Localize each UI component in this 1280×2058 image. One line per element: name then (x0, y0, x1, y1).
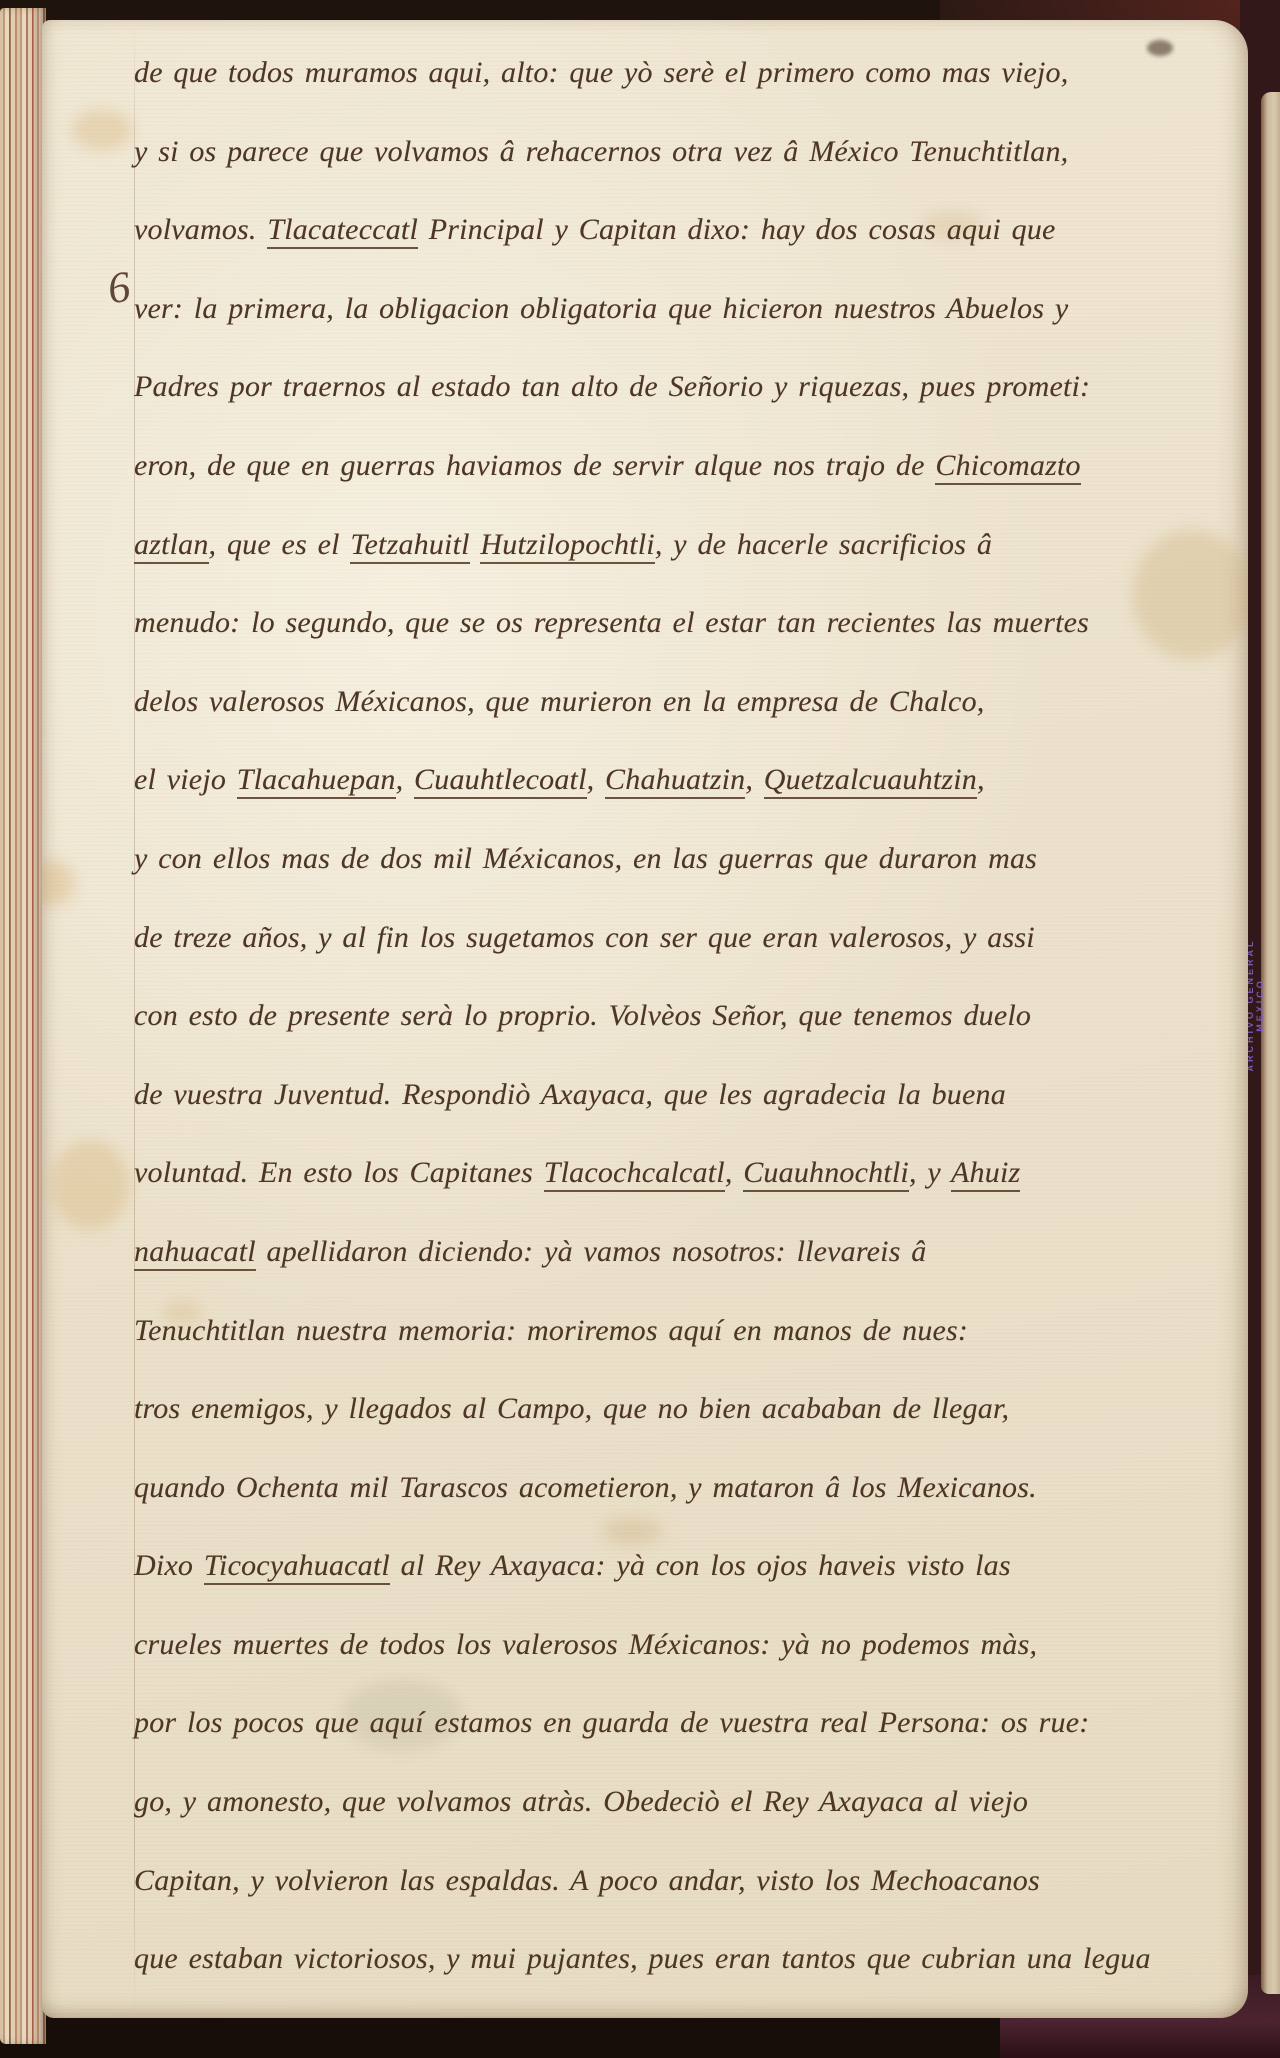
text-segment: de treze años, y al fin los sugetamos co… (134, 921, 1035, 954)
underlined-term: Ahuiz (951, 1156, 1020, 1192)
text-segment: Padres por traernos al estado tan alto d… (134, 370, 1090, 403)
underlined-term: Tlacateccatl (267, 213, 418, 249)
manuscript-line: ver: la primera, la obligacion obligator… (134, 270, 1248, 349)
text-segment: ver: la primera, la obligacion obligator… (134, 292, 1068, 325)
manuscript-line: por los pocos que aquí estamos en guarda… (134, 1684, 1248, 1763)
manuscript-line: de treze años, y al fin los sugetamos co… (134, 899, 1248, 978)
underlined-term: Chahuatzin (605, 763, 745, 799)
underlined-term: Tetzahuitl (350, 528, 469, 564)
underlined-term: Chicomazto (935, 449, 1080, 485)
underlined-term: Ticocyahuacatl (204, 1549, 390, 1585)
manuscript-line: Dixo Ticocyahuacatl al Rey Axayaca: yà c… (134, 1527, 1248, 1606)
text-segment: menudo: lo segundo, que se os representa… (134, 606, 1089, 639)
manuscript-line: Capitan, y volvieron las espaldas. A poc… (134, 1842, 1248, 1921)
manuscript-line: tros enemigos, y llegados al Campo, que … (134, 1370, 1248, 1449)
manuscript-line: menudo: lo segundo, que se os representa… (134, 584, 1248, 663)
manuscript-line: crueles muertes de todos los valerosos M… (134, 1606, 1248, 1685)
manuscript-line: aztlan, que es el Tetzahuitl Hutzilopoch… (134, 506, 1248, 585)
text-segment: , (587, 763, 605, 796)
underlined-term: Tlacochcalcatl (544, 1156, 725, 1192)
underlined-term: aztlan (134, 528, 209, 564)
manuscript-text: de que todos muramos aqui, alto: que yò … (42, 20, 1248, 1999)
text-segment: delos valerosos Méxicanos, que murieron … (134, 685, 984, 718)
text-segment: , (725, 1156, 743, 1189)
manuscript-line: volvamos. Tlacateccatl Principal y Capit… (134, 191, 1248, 270)
text-segment: el viejo (134, 763, 237, 796)
underlined-term: Tlacahuepan (237, 763, 396, 799)
manuscript-line: delos valerosos Méxicanos, que murieron … (134, 663, 1248, 742)
text-segment: volvamos. (134, 213, 267, 246)
text-segment: , y (909, 1156, 951, 1189)
text-segment: Principal y Capitan dixo: hay dos cosas … (418, 213, 1056, 246)
underlined-term: Cuauhnochtli (743, 1156, 909, 1192)
text-segment: , (396, 763, 414, 796)
text-segment: Tenuchtitlan nuestra memoria: moriremos … (134, 1314, 968, 1347)
manuscript-line: con esto de presente serà lo proprio. Vo… (134, 977, 1248, 1056)
text-segment: crueles muertes de todos los valerosos M… (134, 1628, 1037, 1661)
underlined-term: nahuacatl (134, 1235, 256, 1271)
manuscript-line: de que todos muramos aqui, alto: que yò … (134, 34, 1248, 113)
text-segment: con esto de presente serà lo proprio. Vo… (134, 999, 1031, 1032)
underlined-term: Quetzalcuauhtzin (764, 763, 977, 799)
text-segment: go, y amonesto, que volvamos atràs. Obed… (134, 1785, 1028, 1818)
text-segment: , (977, 763, 985, 796)
text-segment: voluntad. En esto los Capitanes (134, 1156, 544, 1189)
text-segment: eron, de que en guerras haviamos de serv… (134, 449, 935, 482)
manuscript-line: go, y amonesto, que volvamos atràs. Obed… (134, 1763, 1248, 1842)
text-segment: , y de hacerle sacrificios â (655, 528, 992, 561)
manuscript-line: que estaban victoriosos, y mui pujantes,… (134, 1920, 1248, 1999)
manuscript-line: Tenuchtitlan nuestra memoria: moriremos … (134, 1292, 1248, 1371)
text-segment: , (745, 763, 763, 796)
text-segment: y si os parece que volvamos â rehacernos… (134, 135, 1068, 168)
text-segment: al Rey Axayaca: yà con los ojos haveis v… (390, 1549, 1011, 1582)
text-segment: Capitan, y volvieron las espaldas. A poc… (134, 1864, 1040, 1897)
text-segment: de vuestra Juventud. Respondiò Axayaca, … (134, 1078, 1006, 1111)
text-segment: que estaban victoriosos, y mui pujantes,… (134, 1942, 1151, 1975)
manuscript-line: el viejo Tlacahuepan, Cuauhtlecoatl, Cha… (134, 741, 1248, 820)
archive-stamp: ARCHIVO GENERAL MEXICO (1245, 862, 1265, 1148)
manuscript-line: de vuestra Juventud. Respondiò Axayaca, … (134, 1056, 1248, 1135)
text-segment: , que es el (209, 528, 351, 561)
text-segment: y con ellos mas de dos mil Méxicanos, en… (134, 842, 1037, 875)
text-segment: apellidaron diciendo: yà vamos nosotros:… (256, 1235, 927, 1268)
manuscript-page: 6 de que todos muramos aqui, alto: que y… (42, 20, 1248, 2018)
text-segment: de que todos muramos aqui, alto: que yò … (134, 56, 1068, 89)
page-stack-edges (0, 8, 46, 2044)
text-segment: Dixo (134, 1549, 204, 1582)
manuscript-line: nahuacatl apellidaron diciendo: yà vamos… (134, 1213, 1248, 1292)
manuscript-line: y si os parece que volvamos â rehacernos… (134, 113, 1248, 192)
manuscript-line: y con ellos mas de dos mil Méxicanos, en… (134, 820, 1248, 899)
manuscript-line: voluntad. En esto los Capitanes Tlacochc… (134, 1134, 1248, 1213)
text-segment (470, 528, 481, 561)
manuscript-line: Padres por traernos al estado tan alto d… (134, 348, 1248, 427)
underlined-term: Hutzilopochtli (480, 528, 654, 564)
text-segment: por los pocos que aquí estamos en guarda… (134, 1706, 1089, 1739)
archive-stamp-line2: MEXICO (1255, 862, 1265, 1148)
text-segment: tros enemigos, y llegados al Campo, que … (134, 1392, 1009, 1425)
text-segment: quando Ochenta mil Tarascos acometieron,… (134, 1471, 1037, 1504)
manuscript-line: eron, de que en guerras haviamos de serv… (134, 427, 1248, 506)
manuscript-line: quando Ochenta mil Tarascos acometieron,… (134, 1449, 1248, 1528)
underlined-term: Cuauhtlecoatl (414, 763, 587, 799)
